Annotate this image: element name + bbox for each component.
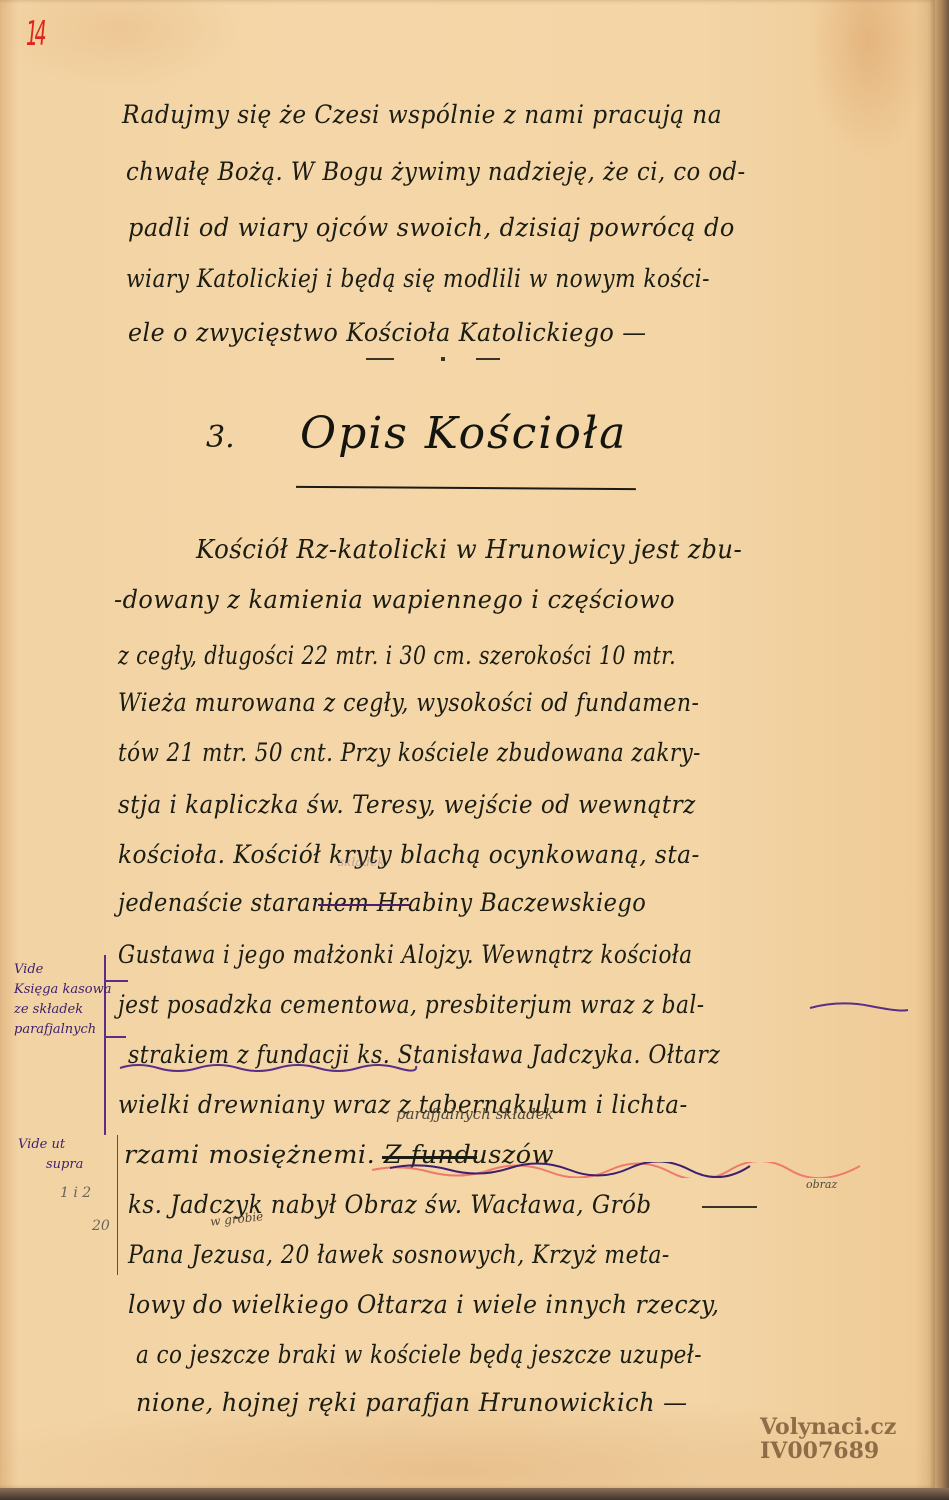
separator-dash-right bbox=[476, 358, 500, 360]
strikethrough-mark-line13 bbox=[382, 1156, 477, 1159]
separator-dash-left bbox=[366, 358, 394, 360]
watermark-id: IV007689 bbox=[760, 1439, 896, 1463]
insertion-parafjalnych-skladek: parafjalnych składek bbox=[396, 1105, 554, 1123]
body-line-18: nione, hojnej ręki parafjan Hrunowickich… bbox=[136, 1388, 688, 1417]
body-line-14: ks. Jadczyk nabył Obraz św. Wacława, Gró… bbox=[128, 1190, 652, 1219]
intro-line-1: Radujmy się że Czesi wspólnie z nami pra… bbox=[122, 100, 722, 129]
margin-annotation-2-line-1: Vide ut bbox=[18, 1135, 83, 1155]
margin-annotation-vide-ut-supra: Vide ut supra bbox=[18, 1135, 83, 1175]
pencil-mark-2: 20 bbox=[92, 1218, 110, 1234]
watermark: Volynaci.cz IV007689 bbox=[760, 1415, 896, 1463]
watermark-site: Volynaci.cz bbox=[760, 1415, 896, 1439]
page-number: 14 bbox=[26, 14, 43, 54]
margin-annotation-2-line-2: supra bbox=[18, 1155, 83, 1175]
body-line-16: lowy do wielkiego Ołtarza i wiele innych… bbox=[128, 1290, 719, 1319]
margin-annotation-vide: Vide Księga kasowa ze składek parafjalny… bbox=[14, 960, 111, 1040]
insertion-obraz: obraz bbox=[806, 1178, 837, 1191]
margin-annotation-1-line-1: Vide bbox=[14, 960, 111, 980]
faded-stamp-text: składek bbox=[338, 855, 385, 869]
wavy-underline-purple-0 bbox=[510, 1000, 910, 1014]
wavy-underline-red-purple bbox=[370, 1162, 880, 1178]
strikethrough-mark-line8 bbox=[318, 904, 410, 906]
pencil-mark-1: 1 i 2 bbox=[60, 1185, 91, 1201]
body-line-8: jedenaście staraniem Hrabiny Baczewskieg… bbox=[118, 888, 646, 917]
page-edge-bottom bbox=[0, 1488, 949, 1500]
margin-annotation-1-line-2: Księga kasowa bbox=[14, 980, 111, 1000]
intro-line-5: ele o zwycięstwo Kościoła Katolickiego — bbox=[128, 318, 647, 347]
body-line-4: Wieża murowana z cegły, wysokości od fun… bbox=[118, 688, 699, 717]
separator-dot bbox=[441, 357, 445, 361]
section-number: 3. bbox=[206, 420, 235, 455]
body-line-7: kościoła. Kościół kryty blachą ocynkowan… bbox=[118, 840, 700, 869]
pencil-margin-line bbox=[117, 1135, 118, 1275]
wavy-underline-purple-1 bbox=[118, 1062, 418, 1076]
margin-annotation-1-line-4: parafjalnych bbox=[14, 1020, 111, 1040]
body-line-3: z cegły, długości 22 mtr. i 30 cm. szero… bbox=[118, 641, 676, 670]
section-title: Opis Kościoła bbox=[300, 408, 627, 459]
page-edge-right bbox=[935, 0, 949, 1500]
body-line-15: Pana Jezusa, 20 ławek sosnowych, Krzyż m… bbox=[128, 1240, 670, 1269]
strikethrough-mark-line14 bbox=[702, 1206, 757, 1208]
body-line-6: stja i kapliczka św. Teresy, wejście od … bbox=[118, 790, 696, 819]
body-line-1: Kościół Rz-katolicki w Hrunowicy jest zb… bbox=[196, 535, 742, 565]
body-line-2: -dowany z kamienia wapiennego i częściow… bbox=[114, 585, 675, 614]
intro-line-3: padli od wiary ojców swoich, dzisiaj pow… bbox=[128, 213, 735, 242]
body-line-17: a co jeszcze braki w kościele będą jeszc… bbox=[136, 1340, 702, 1369]
body-line-9: Gustawa i jego małżonki Alojzy. Wewnątrz… bbox=[118, 940, 692, 969]
body-line-5: tów 21 mtr. 50 cnt. Przy kościele zbudow… bbox=[118, 738, 701, 767]
intro-line-2: chwałę Bożą. W Bogu żywimy nadzieję, że … bbox=[126, 157, 746, 186]
intro-line-4: wiary Katolickiej i będą się modlili w n… bbox=[126, 264, 710, 293]
margin-annotation-1-line-3: ze składek bbox=[14, 1000, 111, 1020]
